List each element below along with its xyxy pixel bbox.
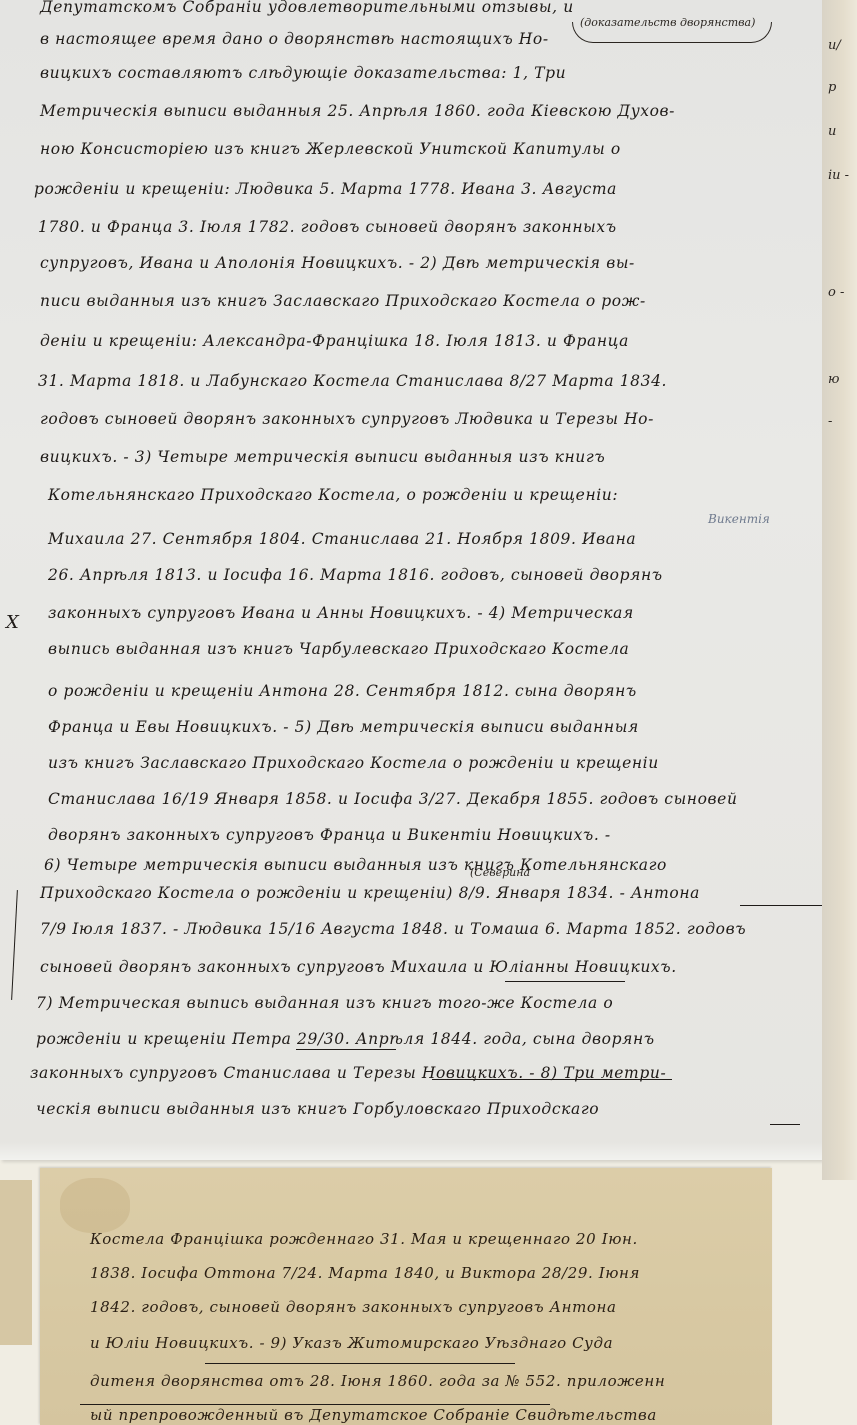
text-line: 26. Апрѣля 1813. и Іосифа 16. Марта 1816… [48, 566, 663, 584]
text-line: сыновей дворянъ законныхъ супруговъ Миха… [40, 958, 677, 976]
text-line: дворянъ законныхъ супруговъ Франца и Вик… [48, 826, 611, 844]
text-line: рожденіи и крещеніи Петра 29/30. Апрѣля … [36, 1030, 655, 1048]
text-line: и Юліи Новицкихъ. - 9) Указъ Житомирскаг… [90, 1334, 613, 1352]
underline [740, 905, 830, 906]
text-line: ческія выписи выданныя изъ книгъ Горбуло… [36, 1100, 599, 1118]
text-line: Костела Францішка рожденнаго 31. Мая и к… [90, 1230, 638, 1248]
margin-mark: р [828, 80, 836, 95]
underline [205, 1363, 515, 1364]
text-line: 7/9 Іюля 1837. - Людвика 15/16 Августа 1… [40, 920, 746, 938]
text-line: 1838. Іосифа Оттона 7/24. Марта 1840, и … [90, 1264, 640, 1282]
pencil-note: Викентія [708, 512, 770, 526]
text-line: Михаила 27. Сентября 1804. Станислава 21… [48, 530, 636, 548]
text-line: Депутатскомъ Собраніи удовлетворительным… [40, 0, 574, 16]
text-line: супруговъ, Ивана и Аполонія Новицкихъ. -… [40, 254, 635, 272]
insertion-arc [572, 22, 772, 43]
text-line: годовъ сыновей дворянъ законныхъ супруго… [40, 410, 654, 428]
margin-mark: и [828, 124, 836, 139]
margin-mark: іи - [828, 168, 849, 183]
text-line: вицкихъ составляютъ слѣдующіе доказатель… [40, 64, 566, 82]
text-line: Франца и Евы Новицкихъ. - 5) Двѣ метриче… [48, 718, 639, 736]
text-line: вицкихъ. - 3) Четыре метрическія выписи … [40, 448, 605, 466]
text-line: Станислава 16/19 Января 1858. и Іосифа 3… [48, 790, 738, 808]
underline [505, 981, 625, 982]
text-line: 6) Четыре метрическія выписи выданныя из… [44, 856, 667, 874]
text-line: 31. Марта 1818. и Лабунскаго Костела Ста… [38, 372, 667, 390]
text-line: Приходскаго Костела о рожденіи и крещені… [40, 884, 700, 902]
bottom-document-sheet: Костела Францішка рожденнаго 31. Мая и к… [40, 1168, 772, 1425]
underline [80, 1404, 550, 1405]
underline [770, 1124, 800, 1125]
text-line: законныхъ супруговъ Ивана и Анны Новицки… [48, 604, 634, 622]
text-line: ною Консисторіею изъ книгъ Жерлевской Ун… [40, 140, 621, 158]
text-line: писи выданныя изъ книгъ Заславскаго Прих… [40, 292, 646, 310]
margin-mark: ю [828, 372, 839, 387]
underlying-page-edge [0, 1180, 32, 1345]
water-stain [60, 1178, 130, 1233]
text-line: ый препровожденный въ Депутатское Собран… [90, 1406, 657, 1424]
text-line: 1780. и Франца 3. Іюля 1782. годовъ сыно… [38, 218, 617, 236]
text-line: о рожденіи и крещеніи Антона 28. Сентябр… [48, 682, 637, 700]
text-line: Котельнянскаго Приходскаго Костела, о ро… [48, 486, 618, 504]
underline [296, 1049, 396, 1050]
margin-bracket-line [11, 890, 18, 1000]
text-line: деніи и крещеніи: Александра-Францішка 1… [40, 332, 629, 350]
text-line: дитеня дворянства отъ 28. Іюня 1860. год… [90, 1372, 665, 1390]
margin-mark: и/ [828, 38, 841, 53]
margin-x-mark: X [6, 612, 19, 633]
text-line: 1842. годовъ, сыновей дворянъ законныхъ … [90, 1298, 617, 1316]
text-line: выпись выданная изъ книгъ Чарбулевскаго … [48, 640, 629, 658]
text-line: 7) Метрическая выпись выданная изъ книгъ… [36, 994, 613, 1012]
text-line: изъ книгъ Заславскаго Приходскаго Костел… [48, 754, 659, 772]
margin-mark: - [828, 414, 832, 429]
margin-mark: о - [828, 285, 844, 300]
text-line: в настоящее время дано о дворянствѣ наст… [40, 30, 549, 48]
adjacent-page-margin: и/ р и іи - о - ю - [822, 0, 857, 1180]
interlinear-note: (Северина [470, 866, 530, 879]
text-line: Метрическія выписи выданныя 25. Апрѣля 1… [40, 102, 675, 120]
underline [432, 1079, 672, 1080]
top-document-sheet: (доказательств дворянства) Депутатскомъ … [0, 0, 822, 1160]
text-line: рожденіи и крещеніи: Людвика 5. Марта 17… [34, 180, 617, 198]
